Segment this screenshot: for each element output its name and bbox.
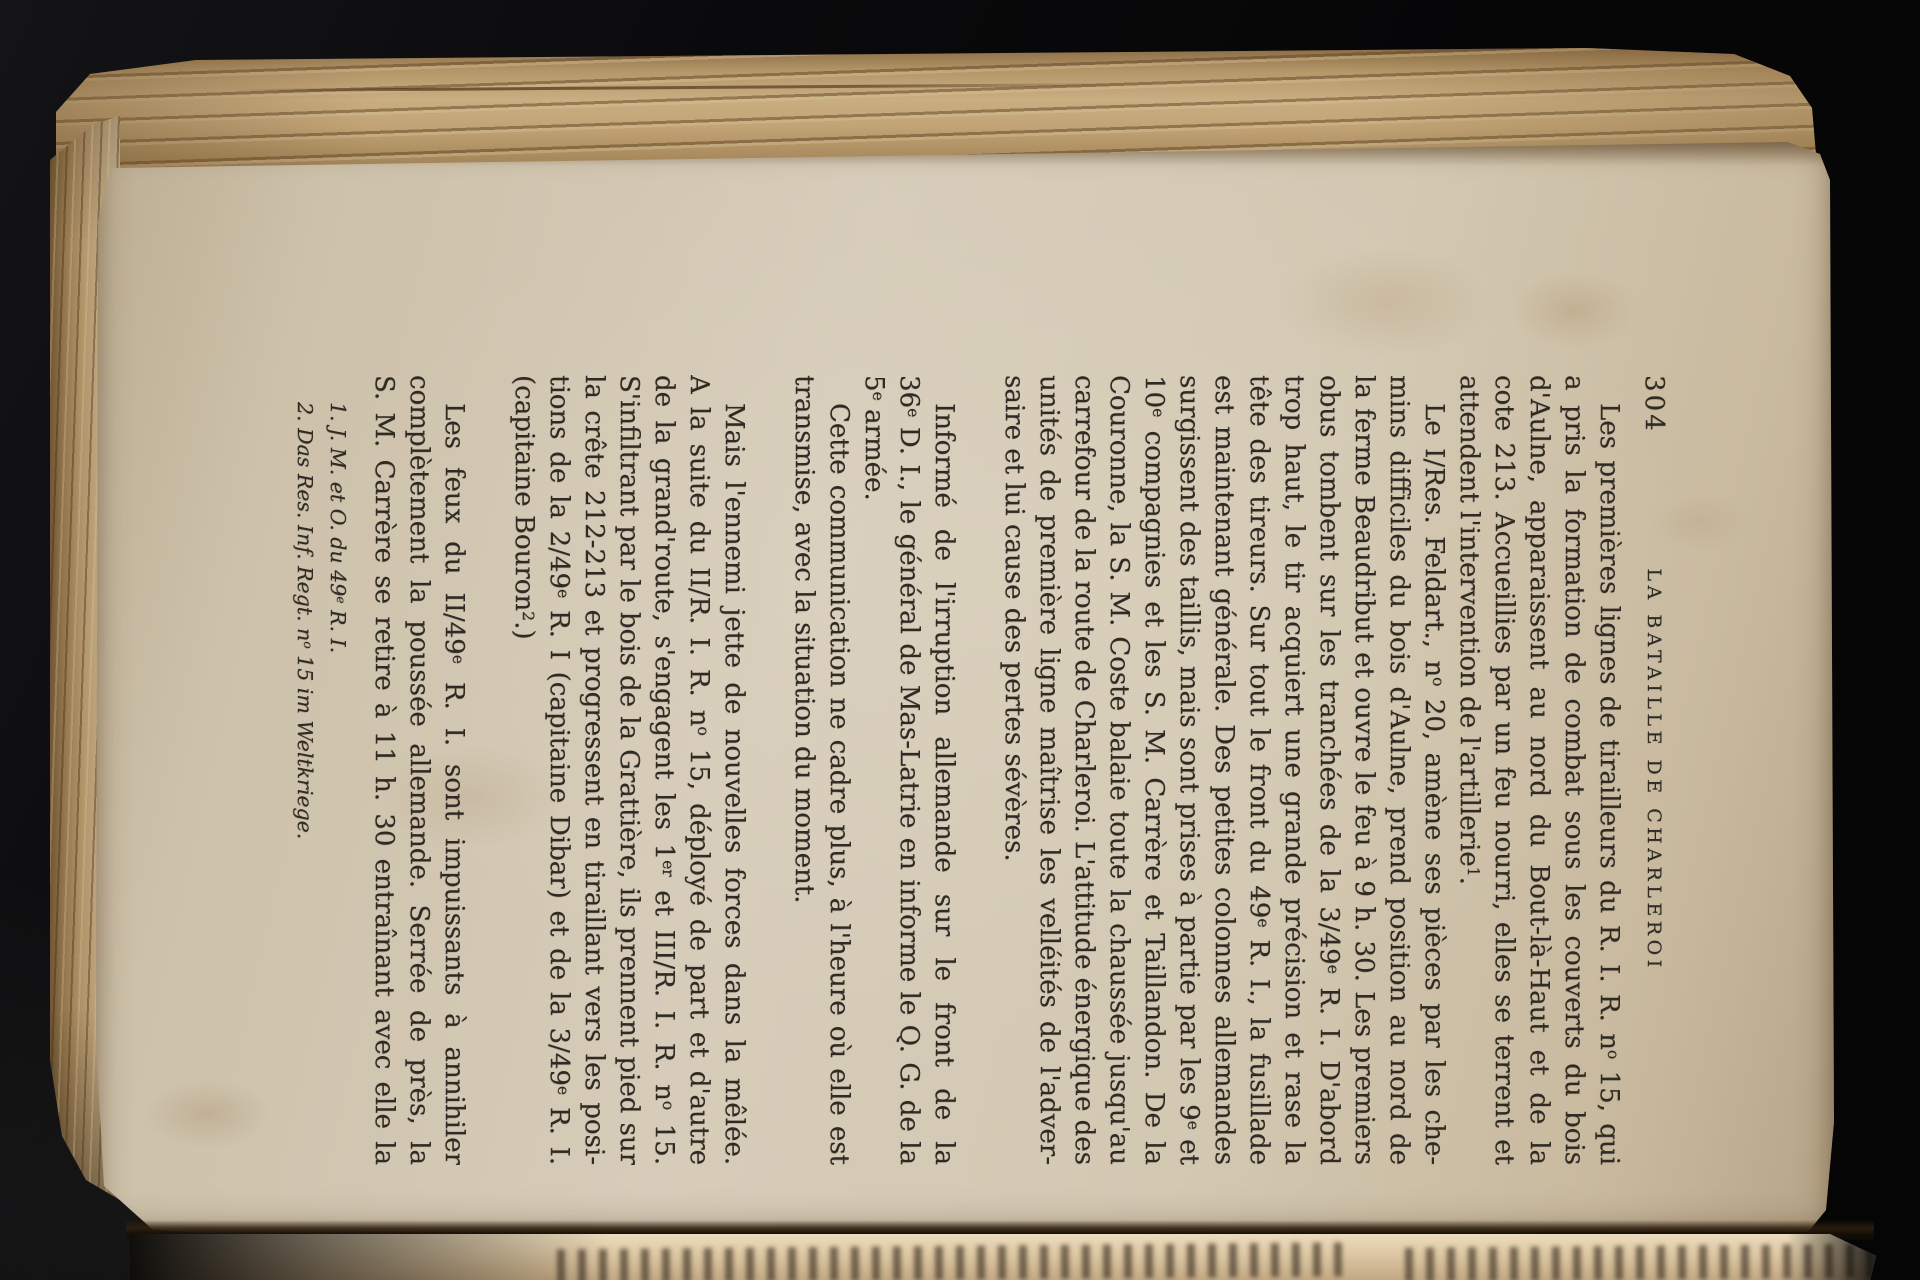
printed-page: 304 LA BATAILLE DE CHARLEROI Les premièr… — [278, 375, 1672, 1165]
text-line: carrefour de la route de Charleroi. L'at… — [1066, 375, 1101, 1165]
text-line: Cette communication ne cadre plus, à l'h… — [821, 375, 856, 1165]
text-line: tête des tireurs. Sur tout le front du 4… — [1241, 375, 1276, 1165]
text-line: surgissent des taillis, mais sont prises… — [1171, 375, 1206, 1165]
text-line: 36e D. I., le général de Mas-Latrie en i… — [891, 375, 926, 1165]
paragraph: Le I/Res. Feldart., no 20, amène ses piè… — [996, 375, 1451, 1165]
text-line: mins difficiles du bois d'Aulne, prend p… — [1381, 375, 1416, 1165]
paragraph: Cette communication ne cadre plus, à l'h… — [786, 375, 856, 1165]
text-line: saire et lui cause des pertes sévères. — [996, 375, 1031, 1165]
text-line: Les premières lignes de tirailleurs du R… — [1591, 375, 1626, 1165]
text-line: transmise, avec la situation du moment. — [786, 375, 821, 1165]
text-line: Informé de l'irruption allemande sur le … — [926, 375, 961, 1165]
facing-page-blurred-text — [554, 1243, 1344, 1280]
footnote-line: 2. Das Res. Inf. Regt. no 15 im Weltkrie… — [288, 402, 321, 1165]
text-line: Le I/Res. Feldart., no 20, amène ses piè… — [1416, 375, 1451, 1165]
text-line: Les feux du II/49e R. I. sont impuissant… — [436, 375, 471, 1165]
text-line: Mais l'ennemi jette de nouvelles forces … — [716, 375, 751, 1165]
text-line: complètement la poussée allemande. Serré… — [401, 375, 436, 1165]
text-line: trop haut, le tir acquiert une grande pr… — [1276, 375, 1311, 1165]
text-line: la crête 212-213 et progressent en tirai… — [576, 375, 611, 1165]
text-line: obus tombent sur les tranchées de la 3/4… — [1311, 375, 1346, 1165]
running-title: LA BATAILLE DE CHARLEROI — [1636, 375, 1672, 1165]
paragraph: Les feux du II/49e R. I. sont impuissant… — [366, 375, 471, 1165]
text-line: est maintenant générale. Des petites col… — [1206, 375, 1241, 1165]
text-line: cote 213. Accueillies par un feu nourri,… — [1486, 375, 1521, 1165]
facing-page-shadow — [1786, 1234, 1876, 1280]
facing-page — [130, 1234, 1876, 1280]
paragraph: Mais l'ennemi jette de nouvelles forces … — [506, 375, 751, 1165]
text-line: d'Aulne, apparaissent au nord du Bout-là… — [1521, 375, 1556, 1165]
text-line: a pris la formation de combat sous les c… — [1556, 375, 1591, 1165]
paragraph: Les premières lignes de tirailleurs du R… — [1451, 375, 1626, 1165]
rotated-text-area: 304 LA BATAILLE DE CHARLEROI Les premièr… — [278, 375, 1672, 1165]
text-line: 10e compagnies et les S. M. Carrère et T… — [1136, 375, 1171, 1165]
text-line: Couronne, la S. M. Coste balaie toute la… — [1101, 375, 1136, 1165]
paragraph: Informé de l'irruption allemande sur le … — [856, 375, 961, 1165]
page-header: 304 LA BATAILLE DE CHARLEROI — [1636, 375, 1672, 1165]
text-line: S. M. Carrère se retire à 11 h. 30 entra… — [366, 375, 401, 1165]
photo-background: 304 LA BATAILLE DE CHARLEROI Les premièr… — [0, 0, 1920, 1280]
footnote-line: 1. J. M. et O. du 49e R. I. — [321, 402, 354, 1165]
text-line: 5e armée. — [856, 375, 891, 1165]
footnotes: 1. J. M. et O. du 49e R. I.2. Das Res. I… — [288, 375, 354, 1165]
text-line: unités de première ligne maîtrise les ve… — [1031, 375, 1066, 1165]
text-line: attendent l'intervention de l'artillerie… — [1451, 375, 1486, 1165]
text-line: la ferme Beaudribut et ouvre le feu à 9 … — [1346, 375, 1381, 1165]
text-line: A la suite du II/R. I. R. no 15, déployé… — [681, 375, 716, 1165]
page-number: 304 — [1636, 375, 1672, 434]
facing-page-shadow — [130, 1234, 610, 1280]
text-line: S'infiltrant par le bois de la Grattière… — [611, 375, 646, 1165]
text-line: (capitaine Bouron2.) — [506, 375, 541, 1165]
text-block: Les premières lignes de tirailleurs du R… — [366, 375, 1626, 1165]
book-page: 304 LA BATAILLE DE CHARLEROI Les premièr… — [96, 142, 1834, 1235]
text-line: tions de la 2/49e R. I (capitaine Dibar)… — [541, 375, 576, 1165]
text-line: de la grand'route, s'engagent les 1er et… — [646, 375, 681, 1165]
